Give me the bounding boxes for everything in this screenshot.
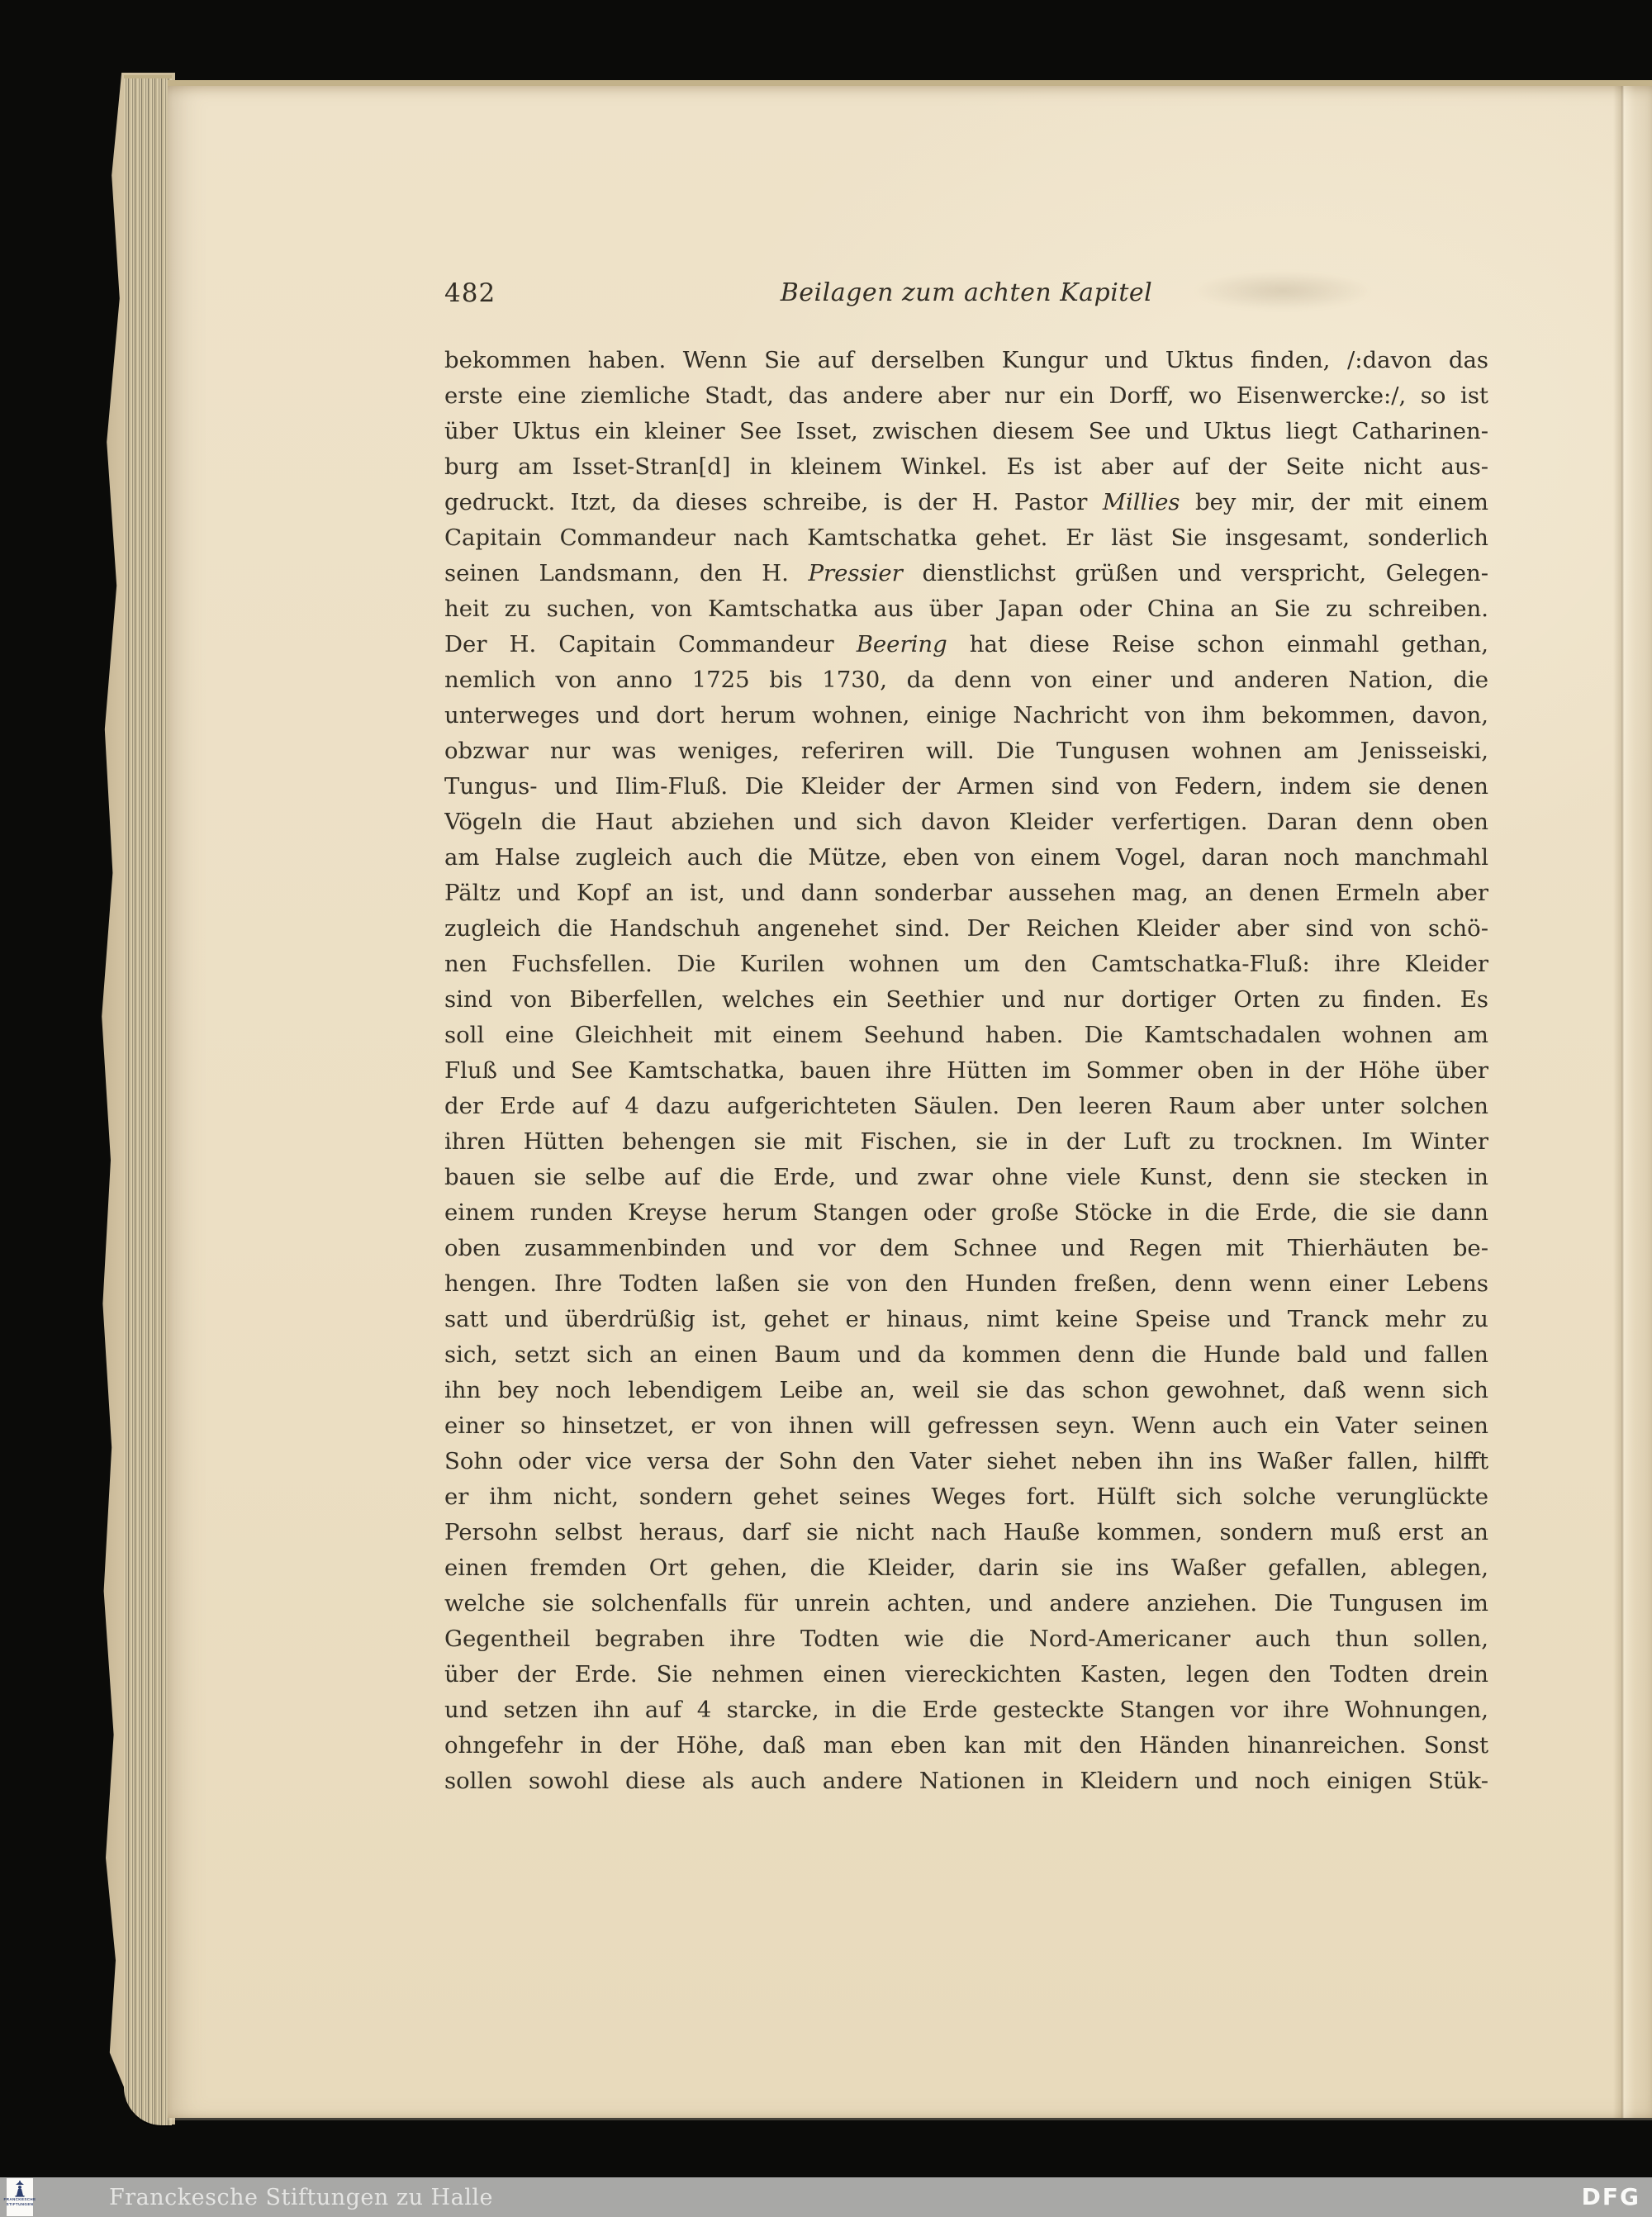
text-line: einem runden Kreyse herum Stangen oder g… [444,1195,1488,1231]
text-line: oben zusammenbinden und vor dem Schnee u… [444,1231,1488,1266]
library-name: Franckesche Stiftungen zu Halle [109,2177,493,2217]
text-line: welche sie solchenfalls für unrein achte… [444,1586,1488,1621]
franckesche-stiftungen-logo: FRANCKESCHE STIFTUNGEN [7,2178,33,2216]
page-content: 482 Beilagen zum achten Kapitel bekommen… [444,278,1488,1799]
text-line: bekommen haben. Wenn Sie auf derselben K… [444,343,1488,378]
viewer-footer-bar: FRANCKESCHE STIFTUNGEN Franckesche Stift… [0,2177,1652,2217]
text-line: Sohn oder vice versa der Sohn den Vater … [444,1444,1488,1479]
text-line: nen Fuchsfellen. Die Kurilen wohnen um d… [444,947,1488,982]
text-line: nemlich von anno 1725 bis 1730, da denn … [444,662,1488,698]
book-page: 482 Beilagen zum achten Kapitel bekommen… [168,80,1652,2118]
text-line: über Uktus ein kleiner See Isset, zwisch… [444,414,1488,449]
text-line: satt und überdrüßig ist, gehet er hinaus… [444,1302,1488,1337]
text-line: einen fremden Ort gehen, die Kleider, da… [444,1550,1488,1586]
text-line: der Erde auf 4 dazu aufgerichteten Säule… [444,1089,1488,1124]
text-line: über der Erde. Sie nehmen einen vierecki… [444,1657,1488,1692]
text-line: zugleich die Handschuh angenehet sind. D… [444,911,1488,947]
dfg-logo: DFG [1582,2183,1640,2210]
franckesche-emblem-icon [12,2181,28,2197]
text-line: sind von Biberfellen, welches ein Seethi… [444,982,1488,1018]
text-line: heit zu suchen, von Kamtschatka aus über… [444,591,1488,627]
text-line: Gegentheil begraben ihre Todten wie die … [444,1621,1488,1657]
text-line: ihren Hütten behengen sie mit Fischen, s… [444,1124,1488,1160]
text-line: soll eine Gleichheit mit einem Seehund h… [444,1018,1488,1053]
text-line: hengen. Ihre Todten laßen sie von den Hu… [444,1266,1488,1302]
text-line: seinen Landsmann, den H. Pressier dienst… [444,556,1488,591]
page-header: 482 Beilagen zum achten Kapitel [444,278,1488,316]
text-line: Fluß und See Kamtschatka, bauen ihre Hüt… [444,1053,1488,1089]
text-line: Vögeln die Haut abziehen und sich davon … [444,805,1488,840]
text-line: bauen sie selbe auf die Erde, und zwar o… [444,1160,1488,1195]
text-line: einer so hinsetzet, er von ihnen will ge… [444,1408,1488,1444]
text-line: sollen sowohl diese als auch andere Nati… [444,1764,1488,1799]
text-line: erste eine ziemliche Stadt, das andere a… [444,378,1488,414]
text-line: Pältz und Kopf an ist, und dann sonderba… [444,876,1488,911]
body-text: bekommen haben. Wenn Sie auf derselben K… [444,343,1488,1799]
text-line: Capitain Commandeur nach Kamtschatka geh… [444,520,1488,556]
text-line: und setzen ihn auf 4 starcke, in die Erd… [444,1692,1488,1728]
text-line: gedruckt. Itzt, da dieses schreibe, is d… [444,485,1488,520]
text-line: er ihm nicht, sondern gehet seines Weges… [444,1479,1488,1515]
logo-caption-line2: STIFTUNGEN [7,2202,34,2207]
text-line: ihn bey noch lebendigem Leibe an, weil s… [444,1373,1488,1408]
text-line: Tungus- und Ilim-Fluß. Die Kleider der A… [444,769,1488,805]
text-line: ohngefehr in der Höhe, daß man eben kan … [444,1728,1488,1764]
text-line: unterweges und dort herum wohnen, einige… [444,698,1488,733]
page-stack-edges [124,75,172,2125]
text-line: Der H. Capitain Commandeur Beering hat d… [444,627,1488,662]
text-line: burg am Isset-Stran[d] in kleinem Winkel… [444,449,1488,485]
text-line: sich, setzt sich an einen Baum und da ko… [444,1337,1488,1373]
gutter-fold [1613,86,1652,2118]
text-line: Persohn selbst heraus, darf sie nicht na… [444,1515,1488,1550]
running-title: Beilagen zum achten Kapitel [444,278,1488,307]
text-line: am Halse zugleich auch die Mütze, eben v… [444,840,1488,876]
text-line: obzwar nur was weniges, referiren will. … [444,733,1488,769]
